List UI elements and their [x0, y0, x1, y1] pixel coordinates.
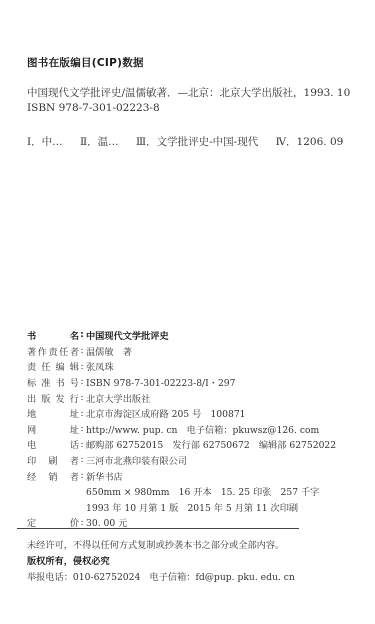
phone-value: 邮购部 62752015 发行部 62750672 编辑部 62752022: [86, 437, 336, 451]
colophon-row-printer: 印刷者 : 三河市北燕印装有限公司: [27, 452, 357, 468]
isbn-value: ISBN 978-7-301-02223-8/I・297: [86, 375, 236, 389]
row-label: 标准书号: [27, 375, 79, 389]
edition-value: 1993 年 10 月第 1 版 2015 年 5 月第 11 次印刷: [86, 500, 298, 514]
row-label: 网址: [27, 422, 79, 436]
colophon-row-distributor: 经销者 : 新华书店: [27, 468, 357, 484]
website-value: http://www. pup. cn 电子信箱：pkuwsz@126. com: [86, 422, 319, 436]
row-label: 印刷者: [27, 453, 79, 467]
colophon-row-address: 地址 : 北京市海淀区成府路 205 号 100871: [27, 405, 357, 421]
classification-item-2: Ⅱ．温…: [80, 136, 119, 148]
colophon-row-author: 著作责任者 : 温儒敏 著: [27, 343, 357, 359]
colophon-row-isbn: 标准书号 : ISBN 978-7-301-02223-8/I・297: [27, 374, 357, 390]
spec-value: 650mm × 980mm 16 开本 15. 25 印张 257 千字: [86, 484, 319, 498]
colophon-row-spec: 650mm × 980mm 16 开本 15. 25 印张 257 千字: [27, 483, 357, 499]
book-title-value: 中国现代文学批评史: [86, 328, 169, 342]
colophon-row-book-title: 书名 : 中国现代文学批评史: [27, 326, 357, 343]
distributor-value: 新华书店: [86, 469, 123, 483]
report-contact: 举报电话：010-62752024 电子信箱：fd@pup. pku. edu.…: [27, 569, 295, 583]
colophon-row-publisher: 出版发行 : 北京大学出版社: [27, 390, 357, 406]
cip-classification: Ⅰ．中… Ⅱ．温… Ⅲ．文学批评史-中国-现代 Ⅳ．1206. 09: [27, 134, 357, 149]
row-label: 责任编辑: [27, 359, 79, 373]
cip-bibliographic-line: 中国现代文学批评史/温儒敏著．—北京：北京大学出版社，1993. 10: [27, 85, 350, 100]
row-label: 电话: [27, 437, 79, 451]
rights-notice: 版权所有，侵权必究: [27, 553, 110, 567]
publisher-value: 北京大学出版社: [86, 391, 150, 405]
author-value: 温儒敏 著: [86, 344, 132, 358]
row-label: 书名: [27, 328, 79, 342]
cip-title: 图书在版编目(CIP)数据: [27, 55, 144, 70]
colophon-row-editor: 责任编辑 : 张凤珠: [27, 359, 357, 375]
copy-warning-notice: 未经许可，不得以任何方式复制或抄袭本书之部分或全部内容。: [27, 537, 284, 551]
colophon: 书名 : 中国现代文学批评史 著作责任者 : 温儒敏 著 责任编辑 : 张凤珠 …: [27, 326, 357, 530]
editor-value: 张凤珠: [86, 359, 114, 373]
row-label: 地址: [27, 406, 79, 420]
address-value: 北京市海淀区成府路 205 号 100871: [86, 406, 246, 420]
colophon-row-website: 网址 : http://www. pup. cn 电子信箱：pkuwsz@126…: [27, 421, 357, 437]
classification-item-3: Ⅲ．文学批评史-中国-现代: [136, 136, 258, 148]
colophon-row-edition: 1993 年 10 月第 1 版 2015 年 5 月第 11 次印刷: [27, 499, 357, 515]
divider-line: [17, 528, 299, 529]
row-label: 出版发行: [27, 391, 79, 405]
printer-value: 三河市北燕印装有限公司: [86, 453, 187, 467]
classification-item-4: Ⅳ．1206. 09: [276, 136, 344, 148]
row-label: 著作责任者: [27, 344, 79, 358]
cip-isbn-line: ISBN 978-7-301-02223-8: [27, 102, 160, 114]
colophon-row-phone: 电话 : 邮购部 62752015 发行部 62750672 编辑部 62752…: [27, 437, 357, 453]
row-label: 经销者: [27, 469, 79, 483]
classification-item-1: Ⅰ．中…: [27, 136, 63, 148]
